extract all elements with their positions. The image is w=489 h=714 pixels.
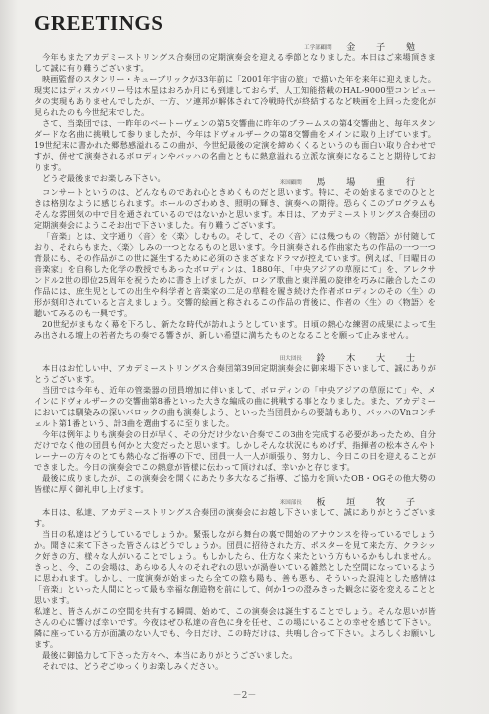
- paragraph: 20世紀がまもなく幕を下ろし、新たな時代が訪れようとしています。日頃の熱心な練習…: [34, 319, 436, 341]
- greeting-section-2: 米国顧問 馬 場 重 行 コンサートというのは、どんなものであれ心ときめくものだ…: [34, 177, 436, 341]
- author-role: 米国部長: [280, 500, 302, 506]
- page-number: －2－: [0, 688, 489, 701]
- greeting-section-3: 田大団長 鈴 木 大 士 本日はお忙しい中、アカデミーストリングス合奏団第39回…: [34, 353, 436, 495]
- greeting-section-4: 米国部長 板 垣 牧 子 本日は、私達、アカデミーストリングス合奏団の演奏会にお…: [34, 497, 436, 672]
- paragraph: 最後に成りましたが、この演奏会を開くにあたり多大なるご指導、ご協力を頂いたOB・…: [34, 473, 436, 495]
- paragraph: 本日はお忙しい中、アカデミーストリングス合奏団第39回定期演奏会に御来場下さいま…: [34, 363, 436, 385]
- author-line: 米国部長 板 垣 牧 子: [34, 497, 436, 507]
- greeting-section-1: 工学部顧問 金 子 勉 今年もまたアカデミーストリングス合奏団の定期演奏会を迎え…: [34, 42, 436, 184]
- author-line: 米国顧問 馬 場 重 行: [34, 177, 436, 187]
- document-page: GREETINGS 工学部顧問 金 子 勉 今年もまたアカデミーストリングス合奏…: [0, 0, 489, 714]
- author-role: 工学部顧問: [304, 45, 332, 51]
- paragraph: それでは、どうぞごゆっくりお楽しみください。: [34, 661, 436, 672]
- author-role: 田大団長: [280, 356, 302, 362]
- paragraph: 映画監督のスタンリー・キューブリックが33年前に「2001年宇宙の旅」で描いた年…: [34, 74, 436, 118]
- paragraph: 最後に御協力して下さった方々へ、本当にありがとうございました。: [34, 650, 436, 661]
- paragraph: 今年もまたアカデミーストリングス合奏団の定期演奏会を迎える季節となりました。本日…: [34, 52, 436, 74]
- author-line: 田大団長 鈴 木 大 士: [34, 353, 436, 363]
- author-line: 工学部顧問 金 子 勉: [34, 42, 436, 52]
- author-role: 米国顧問: [280, 180, 302, 186]
- paragraph: コンサートというのは、どんなものであれ心ときめくものだと思います。特に、その始ま…: [34, 187, 436, 231]
- paragraph: 当団では今年も、近年の管楽器の団員増加に伴いまして、ボロディンの「中央アジアの草…: [34, 385, 436, 429]
- paragraph: 当日の私達はどうしているでしょうか。緊張しながら舞台の裏で開始のアナウンスを待っ…: [34, 529, 436, 606]
- paragraph: 「音楽」とは、文字通り〈音〉を〈楽〉しむもの。そして、その〈音〉には幾つもの〈物…: [34, 231, 436, 319]
- paragraph: 今年は例年よりも演奏会の日が早く、その分だけ少ない合奏でこの3曲を完成する必要が…: [34, 429, 436, 473]
- paragraph: 本日は、私達、アカデミーストリングス合奏団の演奏会にお越し下さいまして、誠にあり…: [34, 507, 436, 529]
- page-title: GREETINGS: [34, 11, 163, 36]
- paragraph: さて、当楽団では、一昨年のベートーヴェンの第5交響曲に昨年のブラームスの第4交響…: [34, 118, 436, 173]
- paragraph: 私達と、皆さんがこの空間を共有する瞬間、始めて、この演奏会は誕生することでしょう…: [34, 606, 436, 650]
